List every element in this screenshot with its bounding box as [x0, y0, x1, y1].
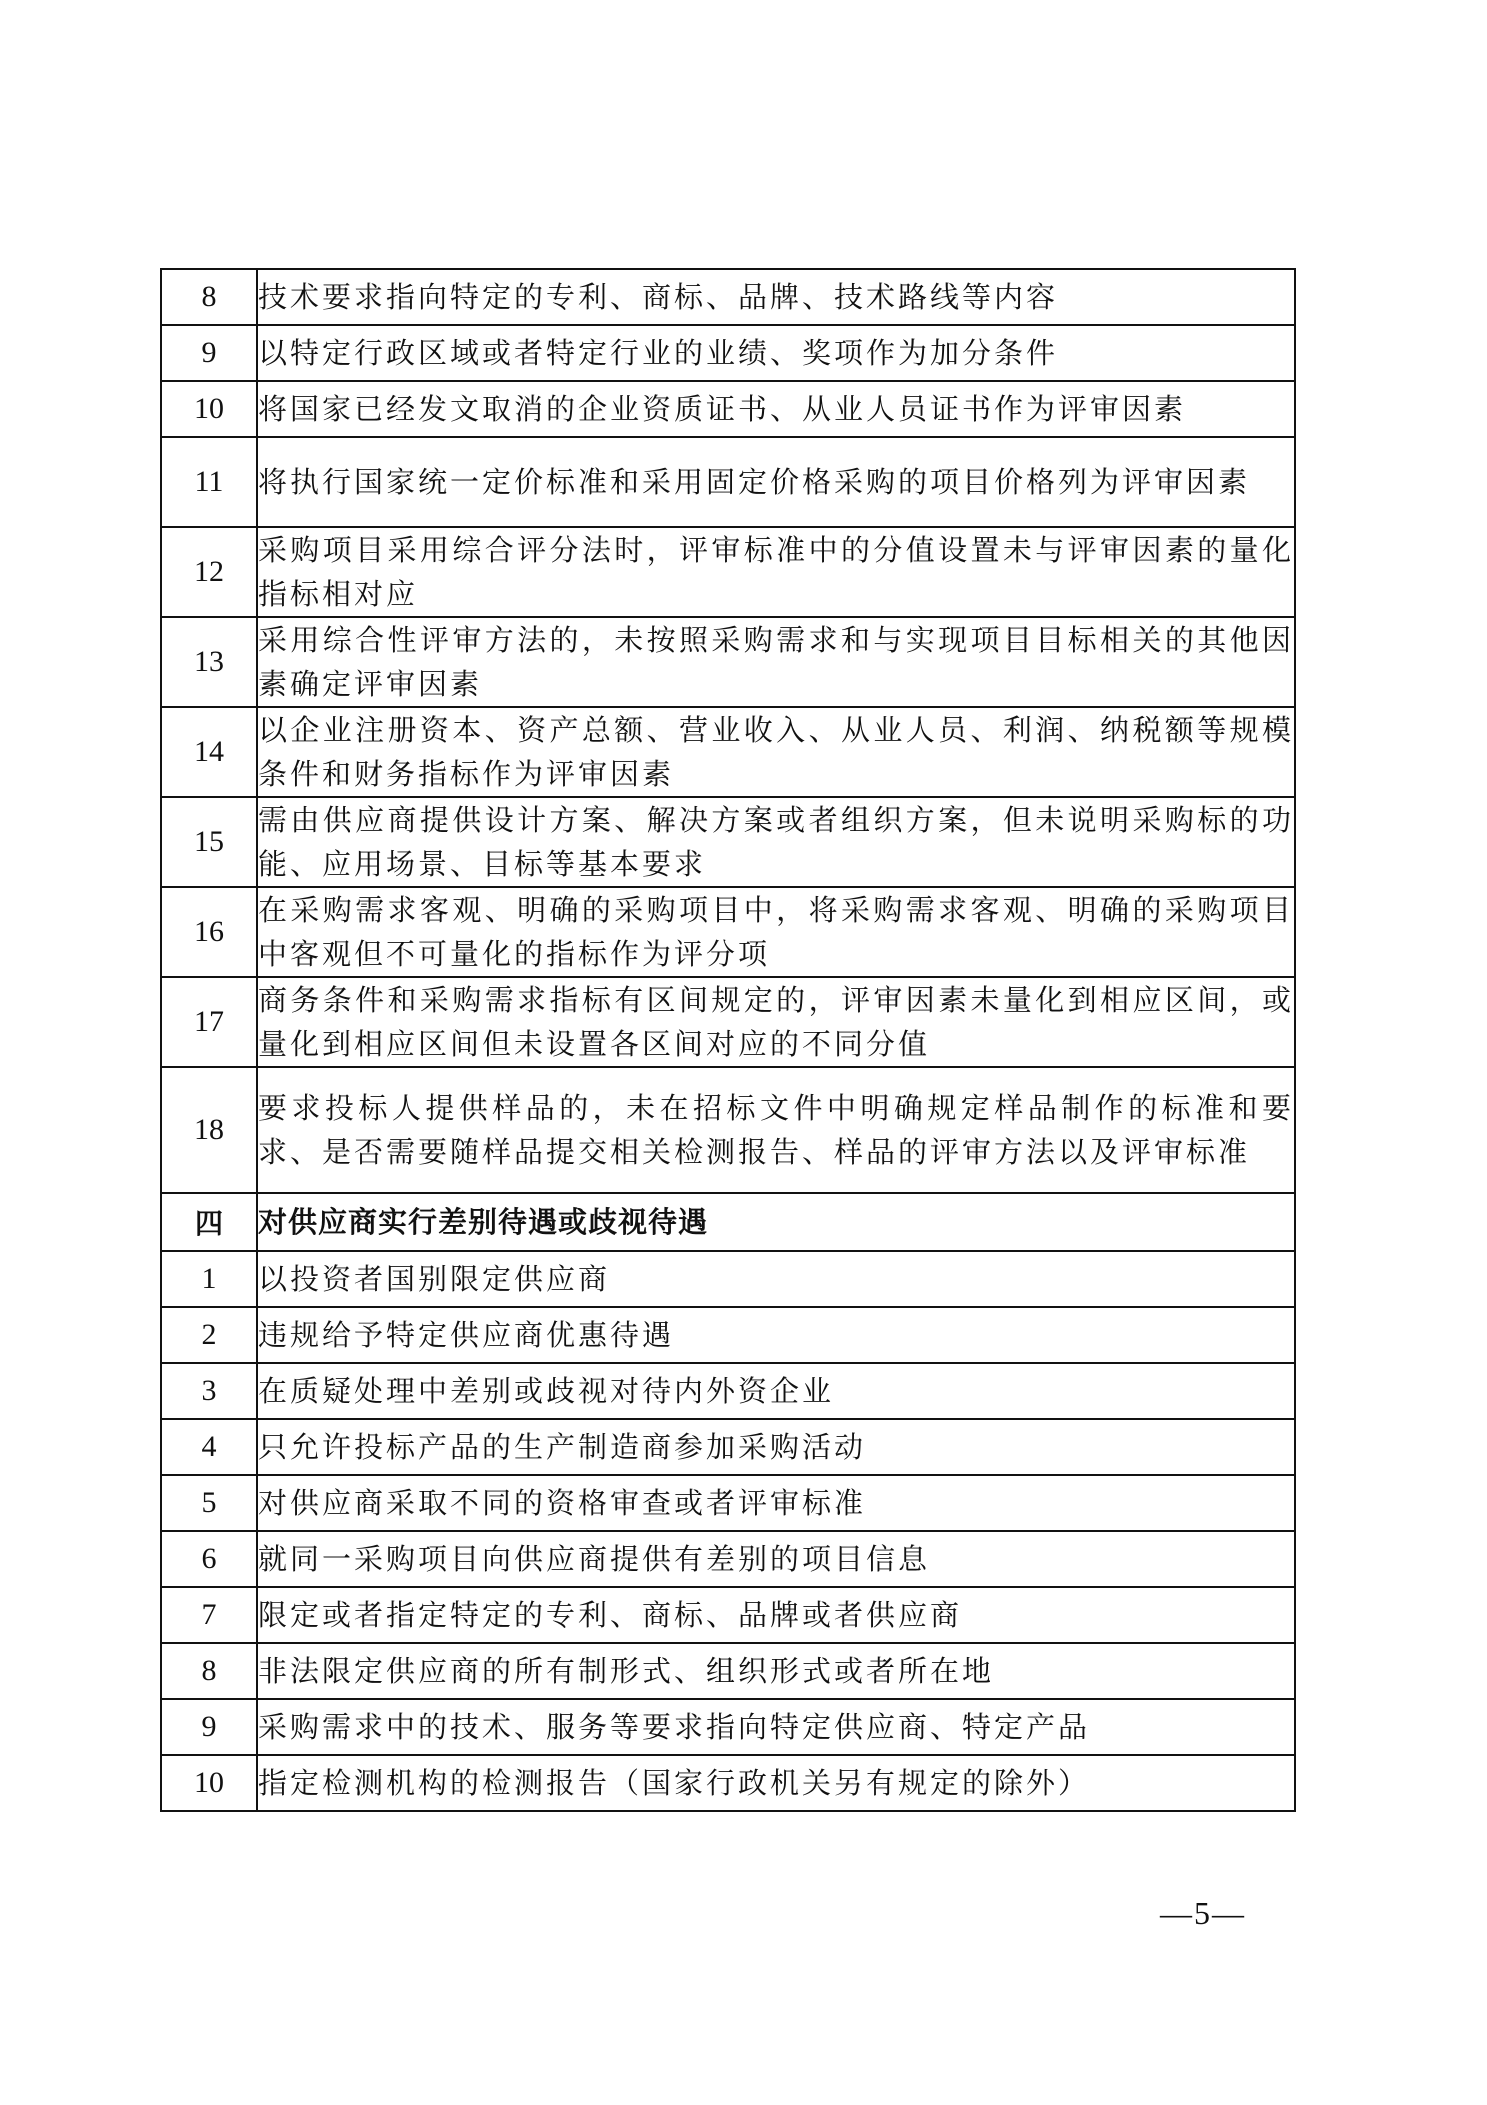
row-number: 15	[161, 797, 257, 887]
table-row: 14 以企业注册资本、资产总额、营业收入、从业人员、利润、纳税额等规模条件和财务…	[161, 707, 1295, 797]
table-row: 10 将国家已经发文取消的企业资质证书、从业人员证书作为评审因素	[161, 381, 1295, 437]
row-text: 商务条件和采购需求指标有区间规定的，评审因素未量化到相应区间，或量化到相应区间但…	[257, 977, 1295, 1067]
row-number: 4	[161, 1419, 257, 1475]
table-row: 10 指定检测机构的检测报告（国家行政机关另有规定的除外）	[161, 1755, 1295, 1811]
page-number: —5—	[1160, 1895, 1246, 1932]
row-number: 2	[161, 1307, 257, 1363]
row-text: 以企业注册资本、资产总额、营业收入、从业人员、利润、纳税额等规模条件和财务指标作…	[257, 707, 1295, 797]
row-number: 16	[161, 887, 257, 977]
row-text: 在质疑处理中差别或歧视对待内外资企业	[257, 1363, 1295, 1419]
row-text: 采购需求中的技术、服务等要求指向特定供应商、特定产品	[257, 1699, 1295, 1755]
table-row: 17 商务条件和采购需求指标有区间规定的，评审因素未量化到相应区间，或量化到相应…	[161, 977, 1295, 1067]
table-row: 5 对供应商采取不同的资格审查或者评审标准	[161, 1475, 1295, 1531]
section-header-row: 四 对供应商实行差别待遇或歧视待遇	[161, 1193, 1295, 1251]
row-text: 违规给予特定供应商优惠待遇	[257, 1307, 1295, 1363]
row-number: 11	[161, 437, 257, 527]
table-row: 7 限定或者指定特定的专利、商标、品牌或者供应商	[161, 1587, 1295, 1643]
row-text: 将执行国家统一定价标准和采用固定价格采购的项目价格列为评审因素	[257, 437, 1295, 527]
row-text: 只允许投标产品的生产制造商参加采购活动	[257, 1419, 1295, 1475]
table-row: 9 以特定行政区域或者特定行业的业绩、奖项作为加分条件	[161, 325, 1295, 381]
row-text: 以投资者国别限定供应商	[257, 1251, 1295, 1307]
row-text: 非法限定供应商的所有制形式、组织形式或者所在地	[257, 1643, 1295, 1699]
row-number: 13	[161, 617, 257, 707]
table-row: 8 技术要求指向特定的专利、商标、品牌、技术路线等内容	[161, 269, 1295, 325]
row-number: 18	[161, 1067, 257, 1193]
row-text: 对供应商采取不同的资格审查或者评审标准	[257, 1475, 1295, 1531]
section-title: 对供应商实行差别待遇或歧视待遇	[257, 1193, 1295, 1251]
table-row: 12 采购项目采用综合评分法时，评审标准中的分值设置未与评审因素的量化指标相对应	[161, 527, 1295, 617]
row-text: 采用综合性评审方法的，未按照采购需求和与实现项目目标相关的其他因素确定评审因素	[257, 617, 1295, 707]
row-number: 8	[161, 1643, 257, 1699]
table-row: 2 违规给予特定供应商优惠待遇	[161, 1307, 1295, 1363]
table-row: 11 将执行国家统一定价标准和采用固定价格采购的项目价格列为评审因素	[161, 437, 1295, 527]
section-number: 四	[161, 1193, 257, 1251]
table-row: 15 需由供应商提供设计方案、解决方案或者组织方案，但未说明采购标的功能、应用场…	[161, 797, 1295, 887]
row-number: 3	[161, 1363, 257, 1419]
row-text: 就同一采购项目向供应商提供有差别的项目信息	[257, 1531, 1295, 1587]
table-row: 1 以投资者国别限定供应商	[161, 1251, 1295, 1307]
row-text: 指定检测机构的检测报告（国家行政机关另有规定的除外）	[257, 1755, 1295, 1811]
violations-table: 8 技术要求指向特定的专利、商标、品牌、技术路线等内容 9 以特定行政区域或者特…	[160, 268, 1296, 1812]
table-row: 16 在采购需求客观、明确的采购项目中，将采购需求客观、明确的采购项目中客观但不…	[161, 887, 1295, 977]
row-text: 技术要求指向特定的专利、商标、品牌、技术路线等内容	[257, 269, 1295, 325]
table-row: 6 就同一采购项目向供应商提供有差别的项目信息	[161, 1531, 1295, 1587]
row-number: 5	[161, 1475, 257, 1531]
row-text: 采购项目采用综合评分法时，评审标准中的分值设置未与评审因素的量化指标相对应	[257, 527, 1295, 617]
row-text: 在采购需求客观、明确的采购项目中，将采购需求客观、明确的采购项目中客观但不可量化…	[257, 887, 1295, 977]
row-number: 12	[161, 527, 257, 617]
table-row: 4 只允许投标产品的生产制造商参加采购活动	[161, 1419, 1295, 1475]
table-row: 3 在质疑处理中差别或歧视对待内外资企业	[161, 1363, 1295, 1419]
row-number: 7	[161, 1587, 257, 1643]
document-page: 8 技术要求指向特定的专利、商标、品牌、技术路线等内容 9 以特定行政区域或者特…	[0, 0, 1487, 2105]
row-number: 14	[161, 707, 257, 797]
row-number: 8	[161, 269, 257, 325]
row-number: 10	[161, 381, 257, 437]
row-number: 9	[161, 1699, 257, 1755]
table-row: 9 采购需求中的技术、服务等要求指向特定供应商、特定产品	[161, 1699, 1295, 1755]
table-row: 13 采用综合性评审方法的，未按照采购需求和与实现项目目标相关的其他因素确定评审…	[161, 617, 1295, 707]
row-text: 限定或者指定特定的专利、商标、品牌或者供应商	[257, 1587, 1295, 1643]
table-row: 8 非法限定供应商的所有制形式、组织形式或者所在地	[161, 1643, 1295, 1699]
row-text: 以特定行政区域或者特定行业的业绩、奖项作为加分条件	[257, 325, 1295, 381]
row-number: 6	[161, 1531, 257, 1587]
table-row: 18 要求投标人提供样品的，未在招标文件中明确规定样品制作的标准和要求、是否需要…	[161, 1067, 1295, 1193]
row-number: 17	[161, 977, 257, 1067]
row-text: 将国家已经发文取消的企业资质证书、从业人员证书作为评审因素	[257, 381, 1295, 437]
row-number: 1	[161, 1251, 257, 1307]
row-number: 9	[161, 325, 257, 381]
row-number: 10	[161, 1755, 257, 1811]
row-text: 需由供应商提供设计方案、解决方案或者组织方案，但未说明采购标的功能、应用场景、目…	[257, 797, 1295, 887]
row-text: 要求投标人提供样品的，未在招标文件中明确规定样品制作的标准和要求、是否需要随样品…	[257, 1067, 1295, 1193]
